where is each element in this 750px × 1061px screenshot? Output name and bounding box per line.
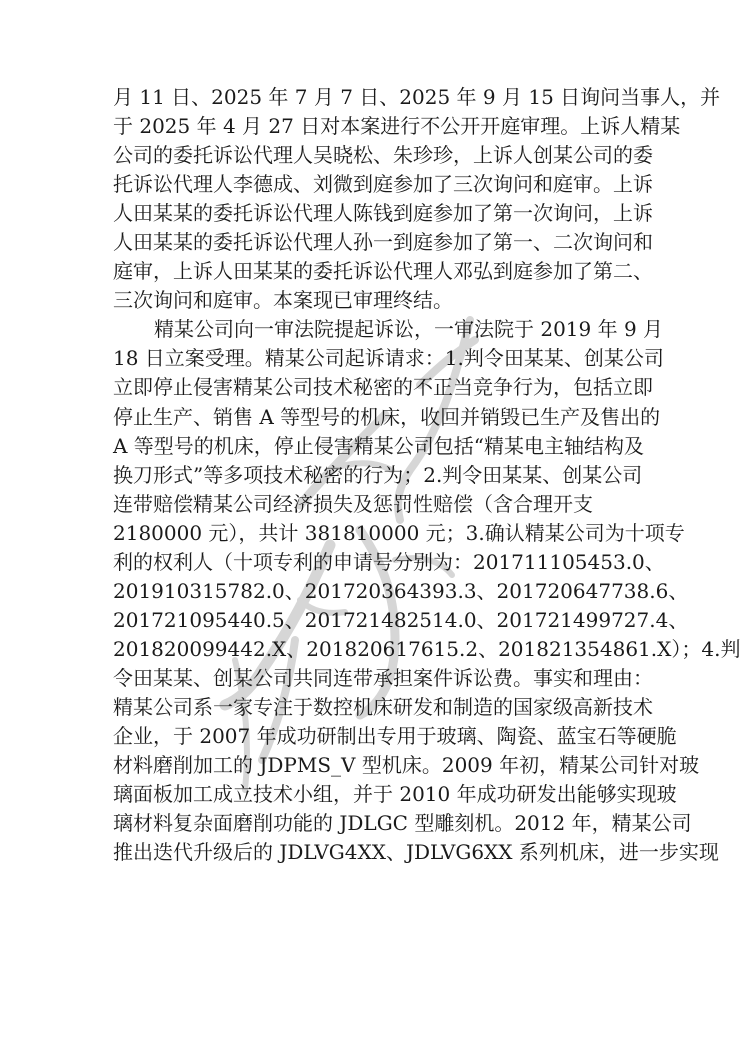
text-line: 公司的委托诉讼代理人吴晓松、朱珍珍，上诉人创某公司的委: [113, 141, 635, 170]
text-line: 利的权利人（十项专利的申请号分别为：201711105453.0、: [113, 548, 635, 577]
text-line: 2180000 元），共计 381810000 元；3.确认精某公司为十项专: [113, 519, 635, 548]
text-line: 推出迭代升级后的 JDLVG4XX、JDLVG6XX 系列机床，进一步实现: [113, 838, 635, 867]
text-line: 201910315782.0、201720364393.3、2017206477…: [113, 577, 635, 606]
text-line: 璃面板加工成立技术小组，并于 2010 年成功研发出能够实现玻: [113, 780, 635, 809]
text-line: 托诉讼代理人李德成、刘微到庭参加了三次询问和庭审。上诉: [113, 170, 635, 199]
text-line: 201820099442.X、201820617615.2、2018213548…: [113, 635, 635, 664]
text-line: 18 日立案受理。精某公司起诉请求：1.判令田某某、创某公司: [113, 344, 635, 373]
text-line: 连带赔偿精某公司经济损失及惩罚性赔偿（含合理开支: [113, 490, 635, 519]
text-line: 人田某某的委托诉讼代理人孙一到庭参加了第一、二次询问和: [113, 228, 635, 257]
text-line: 精某公司向一审法院提起诉讼，一审法院于 2019 年 9 月: [113, 315, 635, 344]
paragraph-hearing-record: 月 11 日、2025 年 7 月 7 日、2025 年 9 月 15 日询问当…: [113, 83, 635, 315]
text-line: 于 2025 年 4 月 27 日对本案进行不公开开庭审理。上诉人精某: [113, 112, 635, 141]
text-line: 材料磨削加工的 JDPMS_V 型机床。2009 年初，精某公司针对玻: [113, 751, 635, 780]
text-line: 璃材料复杂面磨削功能的 JDLGC 型雕刻机。2012 年，精某公司: [113, 809, 635, 838]
document-body: 月 11 日、2025 年 7 月 7 日、2025 年 9 月 15 日询问当…: [113, 83, 635, 867]
text-line: 三次询问和庭审。本案现已审理终结。: [113, 286, 635, 315]
text-line: 201721095440.5、201721482514.0、2017214997…: [113, 606, 635, 635]
text-line: 换刀形式”等多项技术秘密的行为；2.判令田某某、创某公司: [113, 461, 635, 490]
text-line: A 等型号的机床，停止侵害精某公司包括“精某电主轴结构及: [113, 432, 635, 461]
text-line: 企业，于 2007 年成功研制出专用于玻璃、陶瓷、蓝宝石等硬脆: [113, 722, 635, 751]
text-line: 精某公司系一家专注于数控机床研发和制造的国家级高新技术: [113, 693, 635, 722]
text-line: 月 11 日、2025 年 7 月 7 日、2025 年 9 月 15 日询问当…: [113, 83, 635, 112]
text-line: 停止生产、销售 A 等型号的机床，收回并销毁已生产及售出的: [113, 403, 635, 432]
document-page: 月 11 日、2025 年 7 月 7 日、2025 年 9 月 15 日询问当…: [0, 0, 750, 1061]
text-line: 立即停止侵害精某公司技术秘密的不正当竞争行为，包括立即: [113, 373, 635, 402]
text-line: 人田某某的委托诉讼代理人陈钱到庭参加了第一次询问，上诉: [113, 199, 635, 228]
paragraph-first-instance-claims: 精某公司向一审法院提起诉讼，一审法院于 2019 年 9 月 18 日立案受理。…: [113, 315, 635, 867]
text-line: 令田某某、创某公司共同连带承担案件诉讼费。事实和理由：: [113, 664, 635, 693]
text-line: 庭审，上诉人田某某的委托诉讼代理人邓弘到庭参加了第二、: [113, 257, 635, 286]
